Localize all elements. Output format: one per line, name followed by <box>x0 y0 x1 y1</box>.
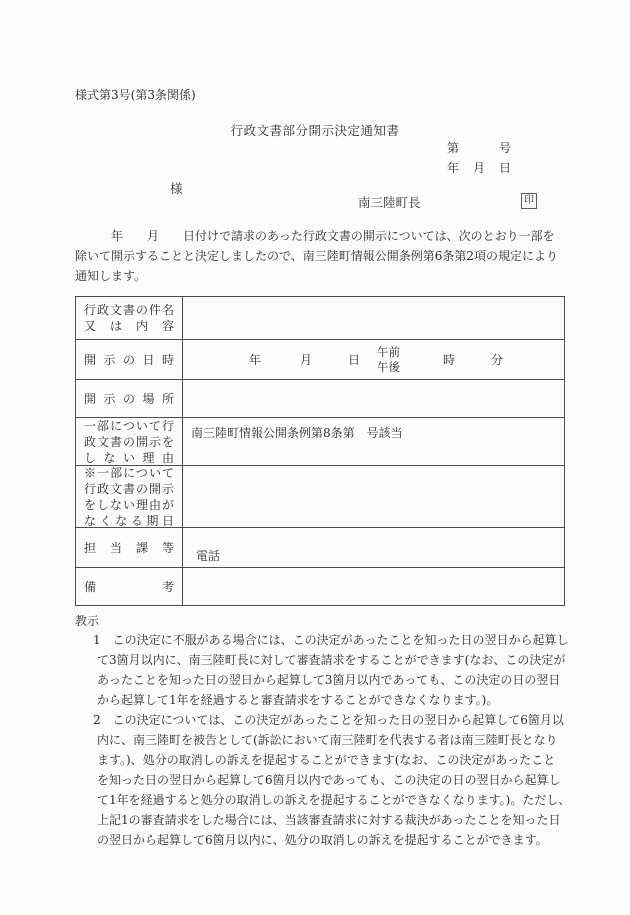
sender-title: 南三陸町長 <box>358 195 421 211</box>
document-title: 行政文書部分開示決定通知書 <box>0 121 630 139</box>
table-row-datetime: 開示の日時 年 月 日 午前 午後 時 分 <box>76 339 564 379</box>
remarks-content-cell <box>183 568 564 605</box>
instruction-line: から起算して1年を経過すると審査請求をすることができなくなります。)。 <box>97 690 575 710</box>
instruction-line: 2 この決定については、この決定があったことを知った日の翌日から起算して6箇月以 <box>93 710 575 730</box>
month-field-label: 月 <box>300 351 312 368</box>
instruction-line: 上記1の審査請求をした場合には、当該審査請求に対する裁決があったことを知った日 <box>97 810 575 830</box>
hour-field-label: 時 <box>443 351 455 368</box>
appeal-instruction-item-1: 1 この決定に不服がある場合には、この決定があったことを知った日の翌日から起算し… <box>75 630 575 710</box>
body-line: 通知します。 <box>75 266 575 286</box>
document-date-line: 年 月 日 <box>447 157 511 177</box>
table-row-department: 担当課等 電話 <box>76 527 564 567</box>
body-line: 年 月 日付けで請求のあった行政文書の開示については、次のとおり一部を <box>75 226 575 246</box>
pm-label: 午後 <box>377 360 400 375</box>
telephone-label: 電話 <box>183 528 564 564</box>
addressee-honorific: 様 <box>170 181 183 197</box>
instruction-line: を知った日の翌日から起算して6箇月以内であっても、この決定の日の翌日から起算し <box>97 770 575 790</box>
instruction-line: て1年を経過すると処分の取消しの訴えを提起することができなくなります。)。ただし… <box>97 790 575 810</box>
day-field-label: 日 <box>348 351 360 368</box>
table-row-place: 開示の場所 <box>76 379 564 417</box>
table-row-subject: 行政文書の件名 又は内容 <box>76 297 564 339</box>
row-label-reason-expiry-date: ※一部について 行政文書の開示 をしない理由が なくなる期日 <box>76 466 183 527</box>
date-month-label: 月 <box>473 159 485 176</box>
row-label-department: 担当課等 <box>76 528 183 567</box>
seal-character: 印 <box>524 194 534 208</box>
row-label-datetime: 開示の日時 <box>76 340 183 379</box>
minute-field-label: 分 <box>491 351 503 368</box>
seal-mark-box: 印 <box>521 193 537 209</box>
year-field-label: 年 <box>249 351 261 368</box>
nondisclosure-reason-content-cell: 南三陸町情報公開条例第8条第 号該当 <box>183 418 564 465</box>
date-day-label: 日 <box>499 159 511 176</box>
appeal-instructions-heading: 教示 <box>75 612 575 630</box>
number-date-block: 第 号 年 月 日 <box>447 137 511 177</box>
reason-expiry-content-cell <box>183 466 564 527</box>
department-content-cell: 電話 <box>183 528 564 567</box>
table-row-remarks: 備考 <box>76 567 564 605</box>
row-label-nondisclosure-reason: 一部について行 政文書の開示を しない理由 <box>76 418 183 465</box>
instruction-line: 1 この決定に不服がある場合には、この決定があったことを知った日の翌日から起算し <box>93 630 575 650</box>
am-pm-labels: 午前 午後 <box>377 345 400 375</box>
disclosure-form-table: 行政文書の件名 又は内容 開示の日時 年 月 日 午前 午後 時 <box>75 296 565 606</box>
row-label-remarks: 備考 <box>76 568 183 605</box>
appeal-instructions-section: 教示 1 この決定に不服がある場合には、この決定があったことを知った日の翌日から… <box>75 612 575 850</box>
appeal-instruction-item-2: 2 この決定については、この決定があったことを知った日の翌日から起算して6箇月以… <box>75 710 575 850</box>
instruction-line: あったことを知った日の翌日から起算して3箇月以内であっても、この決定の日の翌日 <box>97 670 575 690</box>
datetime-fields: 年 月 日 午前 午後 時 分 <box>183 340 564 379</box>
body-paragraph: 年 月 日付けで請求のあった行政文書の開示については、次のとおり一部を 除いて開… <box>75 226 575 286</box>
instruction-line: 内に、南三陸町を被告として(訴訟において南三陸町を代表する者は南三陸町長となり <box>97 730 575 750</box>
document-number-line: 第 号 <box>447 137 511 157</box>
ordinance-article-text: 南三陸町情報公開条例第8条第 号該当 <box>183 418 564 441</box>
document-page: 様式第3号(第3条関係) 行政文書部分開示決定通知書 第 号 年 月 日 様 南… <box>0 0 630 915</box>
row-label-place: 開示の場所 <box>76 380 183 417</box>
instruction-line: ます。)、処分の取消しの訴えを提起することができます(なお、この決定があったこと <box>97 750 575 770</box>
body-line: 除いて開示することと決定しましたので、南三陸町情報公開条例第6条第2項の規定によ… <box>75 246 575 266</box>
table-row-reason-expiry-date: ※一部について 行政文書の開示 をしない理由が なくなる期日 <box>76 465 564 527</box>
table-row-nondisclosure-reason: 一部について行 政文書の開示を しない理由 南三陸町情報公開条例第8条第 号該当 <box>76 417 564 465</box>
subject-content-cell <box>183 297 564 339</box>
date-year-label: 年 <box>447 159 459 176</box>
datetime-content-cell: 年 月 日 午前 午後 時 分 <box>183 340 564 379</box>
form-style-label: 様式第3号(第3条関係) <box>75 87 196 103</box>
instruction-line: て3箇月以内に、南三陸町長に対して審査請求をすることができます(なお、この決定が <box>97 650 575 670</box>
number-suffix: 号 <box>499 139 511 156</box>
number-prefix: 第 <box>447 139 459 156</box>
am-label: 午前 <box>377 345 400 360</box>
place-content-cell <box>183 380 564 417</box>
row-label-subject: 行政文書の件名 又は内容 <box>76 297 183 339</box>
instruction-line: の翌日から起算して6箇月以内に、処分の取消しの訴えを提起することができます。 <box>97 830 575 850</box>
